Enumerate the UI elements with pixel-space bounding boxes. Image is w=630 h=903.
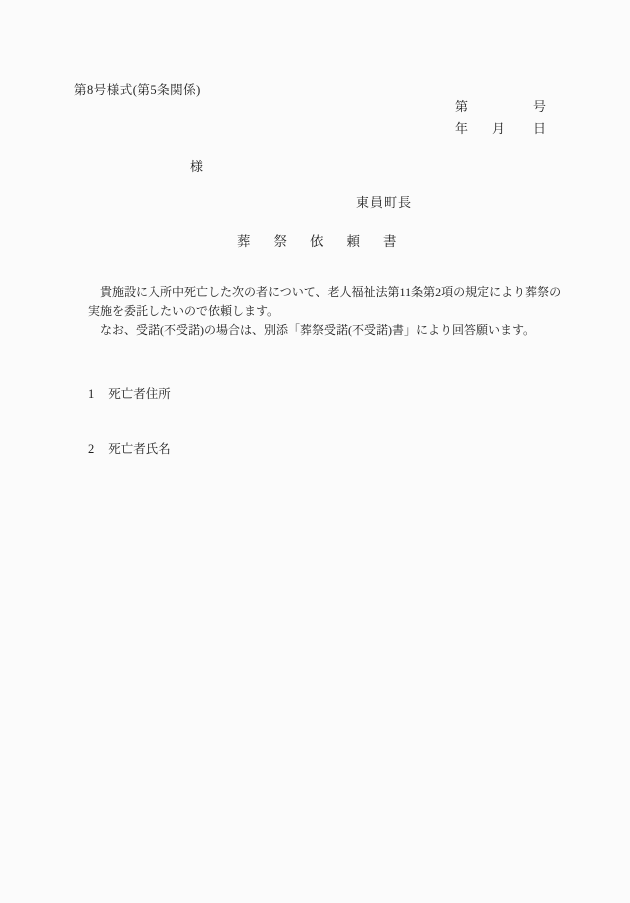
item-2-number: 2 bbox=[88, 442, 94, 457]
item-2-label: 死亡者氏名 bbox=[108, 442, 171, 456]
body-paragraph: 貴施設に入所中死亡した次の者について、老人福祉法第11条第2項の規定により葬祭の… bbox=[88, 283, 568, 340]
document-number-prefix: 第 bbox=[455, 96, 468, 115]
item-deceased-address: 1死亡者住所 bbox=[88, 384, 171, 402]
date-year-label: 年 bbox=[455, 118, 468, 137]
body-line-2: 実施を委託したいので依頼します。 bbox=[88, 302, 568, 321]
document-page: 第8号様式(第5条関係) 第 号 年 月 日 様 東員町長 葬祭依頼書 貴施設に… bbox=[0, 0, 630, 903]
date-day-label: 日 bbox=[533, 118, 546, 137]
body-line-3: なお、受諾(不受諾)の場合は、別添「葬祭受諾(不受諾)書」により回答願います。 bbox=[88, 321, 568, 340]
document-title: 葬祭依頼書 bbox=[237, 230, 420, 250]
sender-name: 東員町長 bbox=[356, 192, 412, 211]
body-line-1: 貴施設に入所中死亡した次の者について、老人福祉法第11条第2項の規定により葬祭の bbox=[88, 283, 568, 302]
date-month-label: 月 bbox=[492, 118, 505, 137]
item-1-label: 死亡者住所 bbox=[108, 387, 171, 401]
item-deceased-name: 2死亡者氏名 bbox=[88, 439, 171, 457]
form-number-label: 第8号様式(第5条関係) bbox=[74, 80, 201, 98]
item-1-number: 1 bbox=[88, 387, 94, 402]
document-number-suffix: 号 bbox=[533, 96, 546, 115]
addressee-honorific: 様 bbox=[190, 156, 203, 175]
